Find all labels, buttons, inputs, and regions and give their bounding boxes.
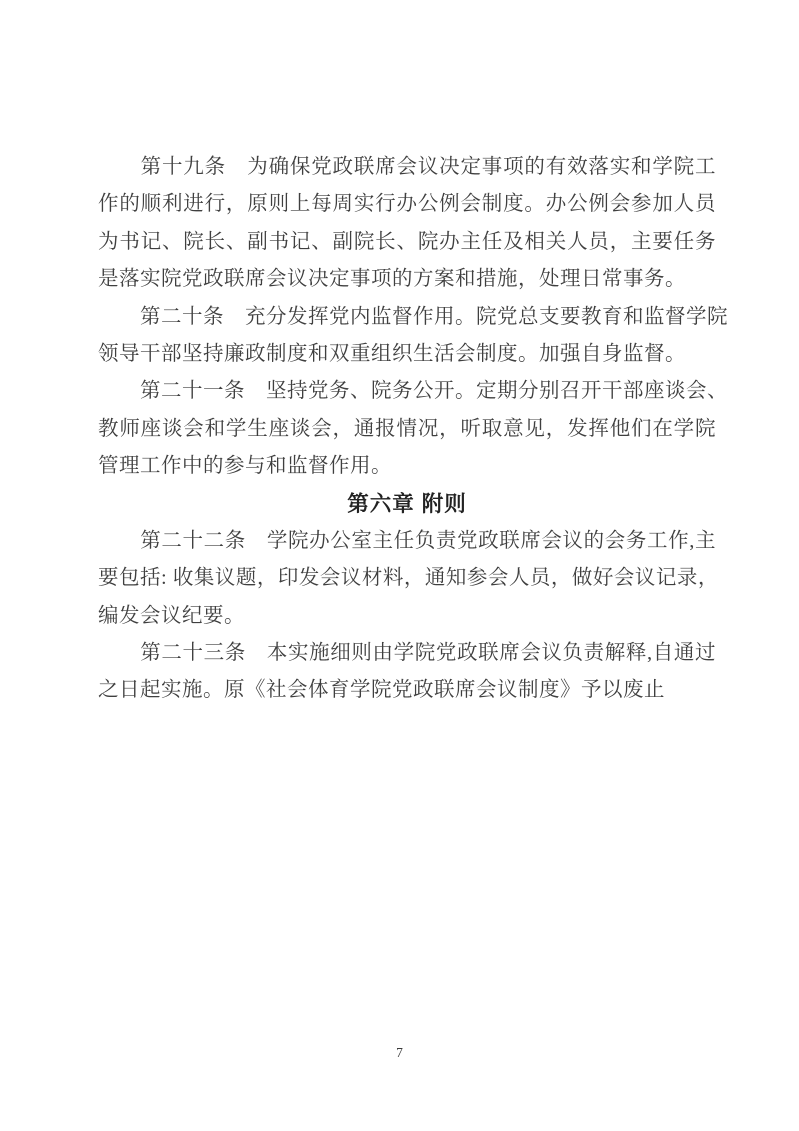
- paragraph-line: 管理工作中的参与和监督作用。: [98, 448, 716, 485]
- paragraph-line: 为书记、院长、副书记、副院长、院办主任及相关人员，主要任务: [98, 224, 716, 261]
- document-page: 第十九条 为确保党政联席会议决定事项的有效落实和学院工作的顺利进行，原则上每周实…: [0, 0, 799, 1131]
- paragraph-line: 第二十一条 坚持党务、院务公开。定期分别召开干部座谈会、: [98, 373, 716, 410]
- paragraph-line: 第二十条 充分发挥党内监督作用。院党总支要教育和监督学院: [98, 299, 716, 336]
- page-number: 7: [0, 1045, 799, 1061]
- paragraph-line: 第二十三条 本实施细则由学院党政联席会议负责解释,自通过: [98, 635, 716, 672]
- paragraph-line: 之日起实施。原《社会体育学院党政联席会议制度》予以废止: [98, 672, 716, 709]
- paragraph-line: 教师座谈会和学生座谈会，通报情况，听取意见，发挥他们在学院: [98, 411, 716, 448]
- chapter-heading: 第六章 附则: [98, 486, 716, 523]
- paragraph-line: 作的顺利进行，原则上每周实行办公例会制度。办公例会参加人员: [98, 186, 716, 223]
- paragraph-line: 编发会议纪要。: [98, 598, 716, 635]
- paragraph-line: 第二十二条 学院办公室主任负责党政联席会议的会务工作,主: [98, 523, 716, 560]
- document-body: 第十九条 为确保党政联席会议决定事项的有效落实和学院工作的顺利进行，原则上每周实…: [98, 149, 716, 710]
- paragraph-line: 第十九条 为确保党政联席会议决定事项的有效落实和学院工: [98, 149, 716, 186]
- paragraph-line: 领导干部坚持廉政制度和双重组织生活会制度。加强自身监督。: [98, 336, 716, 373]
- paragraph-line: 要包括: 收集议题，印发会议材料，通知参会人员，做好会议记录，: [98, 560, 716, 597]
- paragraph-line: 是落实院党政联席会议决定事项的方案和措施，处理日常事务。: [98, 261, 716, 298]
